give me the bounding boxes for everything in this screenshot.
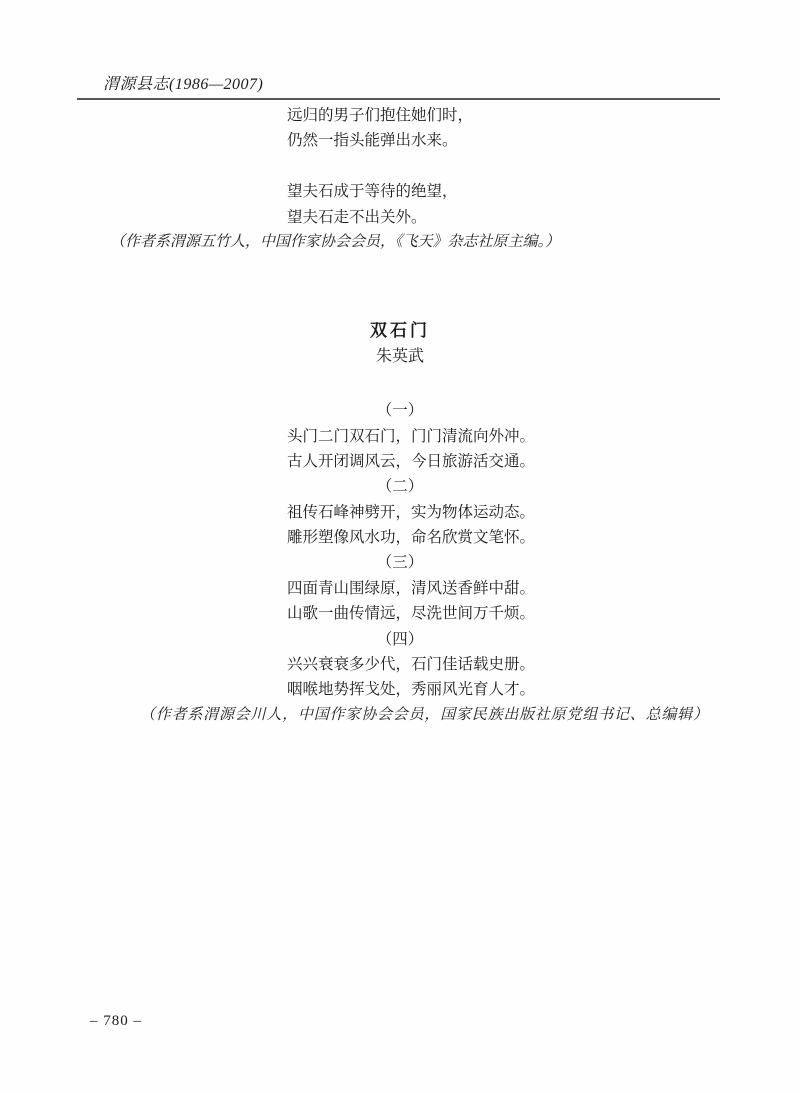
poem2-line: 头门二门双石门，门门清流向外冲。 bbox=[0, 424, 800, 449]
poem2-line: 山歌一曲传情远，尽洗世间万千烦。 bbox=[0, 601, 800, 626]
poem2-author: 朱英武 bbox=[0, 344, 800, 369]
poem2-attribution: （作者系渭源会川人，中国作家协会会员，国家民族出版社原党组书记、总编辑） bbox=[0, 703, 800, 728]
poem2-title: 双石门 bbox=[0, 318, 800, 343]
spacer bbox=[0, 255, 800, 318]
poem1-line: 望夫石成于等待的绝望， bbox=[0, 179, 800, 204]
poem2-line: 祖传石峰神劈开，实为物体运动态。 bbox=[0, 500, 800, 525]
spacer bbox=[0, 369, 800, 398]
section-number: （一） bbox=[0, 398, 800, 423]
section-number: （二） bbox=[0, 474, 800, 499]
running-header: 渭源县志(1986—2007) bbox=[103, 71, 263, 94]
poem1-attribution: （作者系渭源五竹人，中国作家协会会员，《飞天》杂志社原主编。） bbox=[0, 230, 800, 255]
poem2-line: 咽喉地势挥戈处，秀丽风光育人才。 bbox=[0, 677, 800, 702]
poem2-line: 雕形塑像风水功，命名欣赏文笔怀。 bbox=[0, 525, 800, 550]
section-number: （三） bbox=[0, 550, 800, 575]
poem2-line: 古人开闭调风云，今日旅游活交通。 bbox=[0, 449, 800, 474]
page-content: 远归的男子们抱住她们时， 仍然一指头能弹出水来。 望夫石成于等待的绝望， 望夫石… bbox=[0, 103, 800, 728]
poem1-line: 远归的男子们抱住她们时， bbox=[0, 103, 800, 128]
section-number: （四） bbox=[0, 627, 800, 652]
header-rule bbox=[77, 98, 720, 100]
poem2-line: 四面青山围绿原，清风送香鲜中甜。 bbox=[0, 576, 800, 601]
blank-line bbox=[0, 154, 800, 179]
poem1-line: 仍然一指头能弹出水来。 bbox=[0, 128, 800, 153]
page-number: – 780 – bbox=[90, 1013, 142, 1030]
poem1-line: 望夫石走不出关外。 bbox=[0, 205, 800, 230]
book-page: 渭源县志(1986—2007) 远归的男子们抱住她们时， 仍然一指头能弹出水来。… bbox=[0, 0, 800, 1093]
poem2-line: 兴兴衰衰多少代，石门佳话载史册。 bbox=[0, 652, 800, 677]
